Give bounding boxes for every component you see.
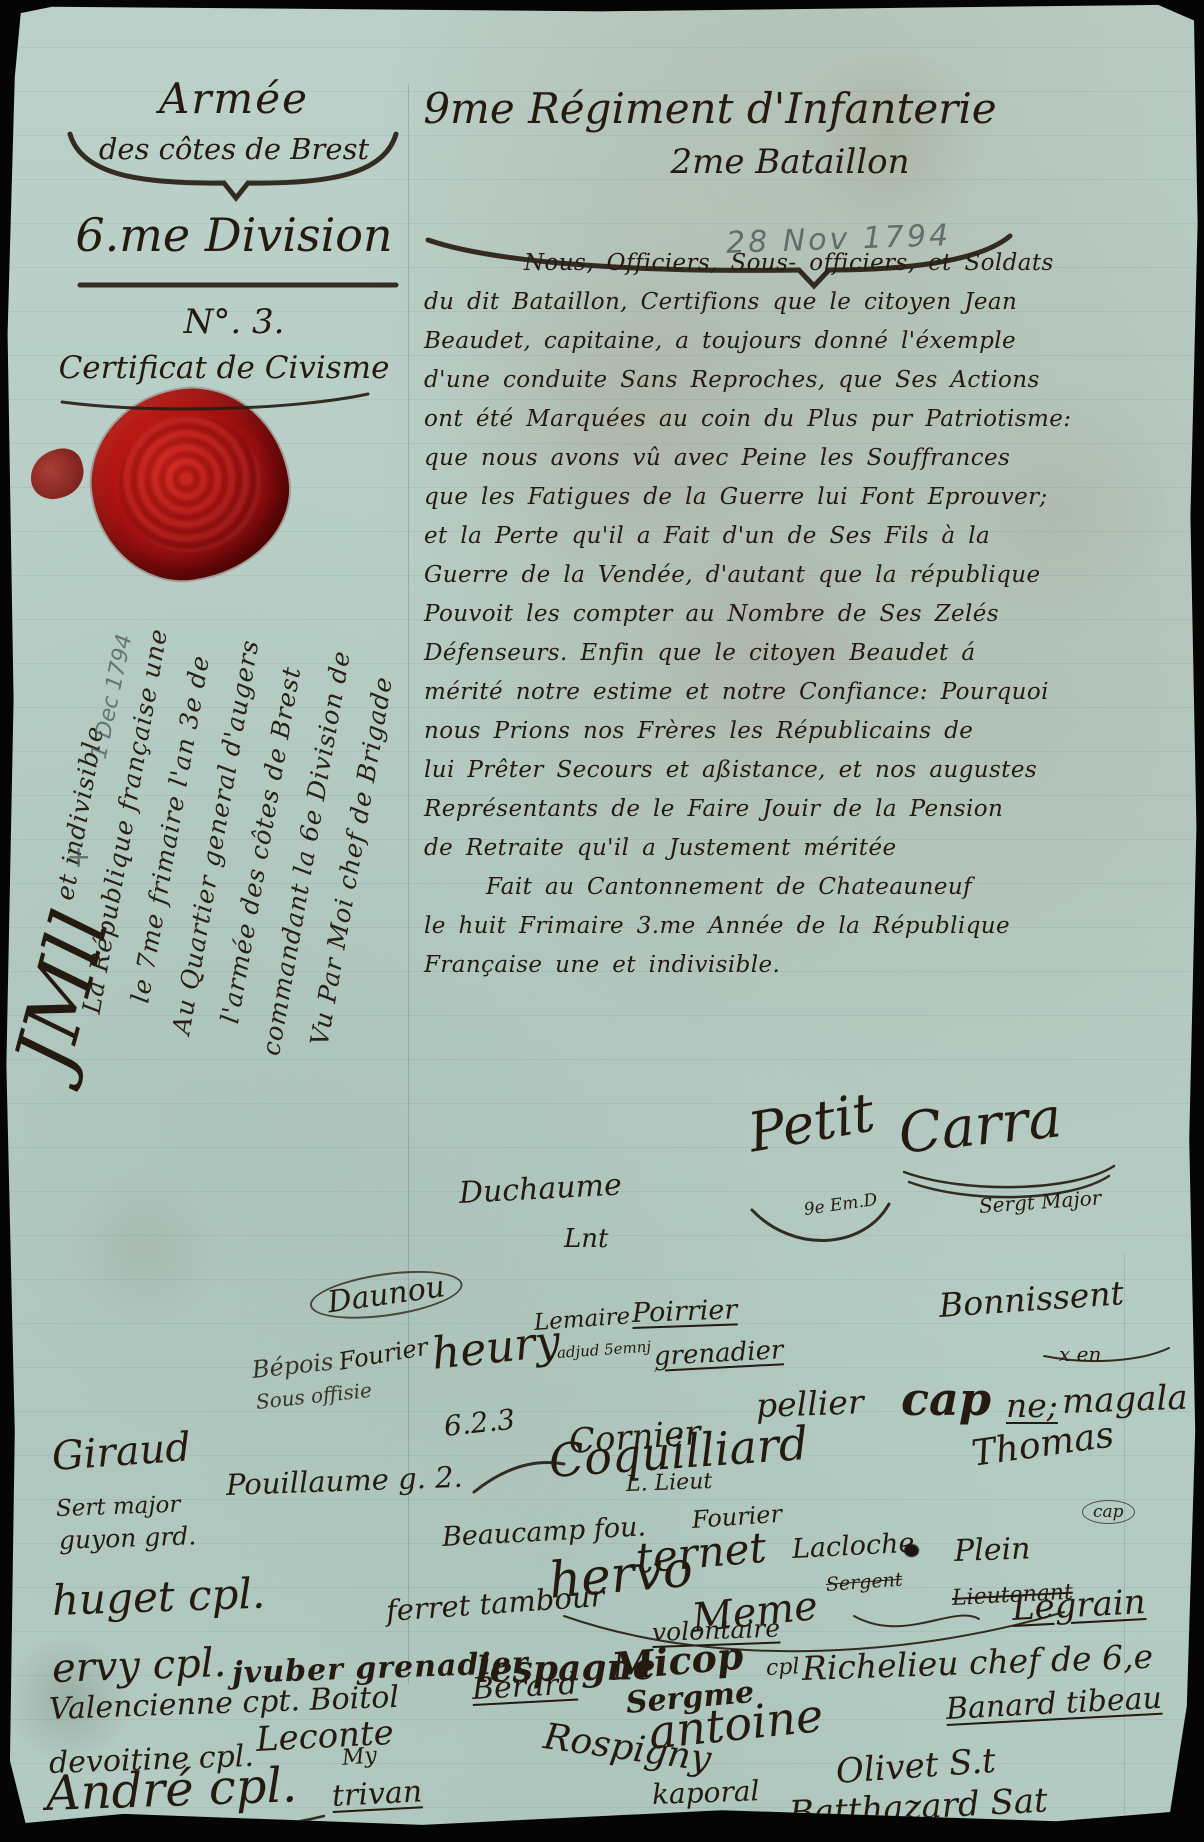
signature-huget: huget cpl.	[51, 1569, 266, 1625]
signature-banard: Banard tibeau	[945, 1681, 1163, 1727]
army-subtitle: des côtes de Brest	[64, 132, 404, 166]
body-line: Beaudet, capitaine, a toujours donné l'é…	[424, 328, 1016, 367]
document-number: N°. 3.	[64, 302, 404, 342]
body-line: lui Prêter Secours et aßistance, et nos …	[424, 757, 1016, 796]
body-line: d'une conduite Sans Reproches, que Ses A…	[424, 367, 1016, 406]
body-line: nous Prions nos Frères les Républicains …	[424, 718, 1016, 757]
signature-trivan: trivan	[331, 1774, 423, 1814]
signature-poirrier: Poirrier	[631, 1294, 737, 1329]
signature-daunou: Daunou	[307, 1263, 465, 1327]
body-line: que nous avons vû avec Peine les Souffra…	[424, 445, 1016, 484]
wax-smudge	[25, 444, 90, 504]
signature-meme: Meme	[690, 1583, 820, 1642]
signature-trivan-flourish: My	[341, 1743, 378, 1771]
signature-richelieu: Richelieu chef de 6,e	[801, 1637, 1153, 1688]
certificate-body: Nous, Officiers, Sous- officiers, et Sol…	[424, 250, 1016, 991]
battalion-title: 2me Bataillon	[484, 142, 1096, 182]
body-line: de Retraite qu'il a Justement méritée	[424, 835, 1016, 874]
legrain-lead-flourish	[854, 1616, 979, 1627]
scanned-document-page: Armée des côtes de Brest 6.me Division N…	[0, 0, 1204, 1842]
signature-heury-role: adjud 5emnj	[556, 1337, 651, 1362]
signature-pouillaume: Pouillaume g. 2.	[225, 1460, 463, 1502]
body-line: ont été Marquées au coin du Plus pur Pat…	[424, 406, 1016, 445]
signature-plein: Plein	[953, 1531, 1031, 1569]
signature-thomas-role: cap	[1082, 1500, 1135, 1524]
body-line: Pouvoit les compter au Nombre de Ses Zel…	[424, 601, 1016, 640]
signature-heury: heury	[429, 1316, 562, 1380]
signature-hervo: hervo	[546, 1540, 695, 1610]
signature-ervy: ervy cpl.	[51, 1640, 227, 1692]
body-line: mérité notre estime et notre Confiance: …	[424, 679, 1016, 718]
signature-petit: Petit	[744, 1081, 880, 1165]
signature-berard: Berard	[471, 1666, 578, 1706]
army-title: Armée	[64, 74, 404, 123]
signature-duchaume: Duchaume	[458, 1167, 623, 1210]
signature-pellier-suffix: ne;	[1006, 1386, 1058, 1425]
signature-batthazard: Batthazard Sat	[788, 1780, 1049, 1833]
body-line: Représentants de le Faire Jouir de la Pe…	[424, 796, 1016, 835]
signature-legrain: Legrain	[1011, 1582, 1147, 1629]
signature-carra-role: Sergt Major	[978, 1185, 1102, 1217]
column-fold-line	[408, 84, 409, 1684]
signature-thomas: Thomas	[969, 1414, 1116, 1474]
body-line: du dit Bataillon, Certifions que le cito…	[424, 289, 1016, 328]
paper-sheet: Armée des côtes de Brest 6.me Division N…	[4, 4, 1200, 1834]
signature-poirrier-role: grenadier	[653, 1335, 784, 1372]
body-line: que les Fatigues de la Guerre lui Font E…	[424, 484, 1016, 523]
signature-bepois: Bépois	[251, 1348, 335, 1384]
signature-guyon: guyon grd.	[58, 1521, 196, 1555]
signature-giraud-role: Sert major	[56, 1492, 181, 1522]
signature-pellier-rank: cap	[901, 1372, 991, 1426]
signature-andre: André cpl.	[45, 1757, 298, 1822]
signature-rospigny-role: kaporal	[651, 1774, 760, 1811]
body-line: Défenseurs. Enfin que le citoyen Beaudet…	[424, 640, 1016, 679]
signature-bonnissent-role: x en	[1059, 1342, 1101, 1366]
signature-cornier-role: L. Lieut	[626, 1469, 713, 1497]
signature-duchaume-role: Lnt	[564, 1224, 608, 1254]
body-line: le huit Frimaire 3.me Année de la Républ…	[424, 913, 1016, 952]
regiment-title: 9me Régiment d'Infanterie	[404, 84, 1016, 133]
document-title: Certificat de Civisme	[54, 350, 394, 386]
body-line: Française une et indivisible.	[424, 952, 1016, 991]
pencil-plus-mark: +	[66, 840, 91, 875]
signature-lacloche-role: Sergent	[825, 1569, 903, 1596]
stain	[774, 54, 1004, 224]
body-line: Guerre de la Vendée, d'autant que la rép…	[424, 562, 1016, 601]
ink-blot	[904, 1544, 919, 1557]
signature-heury-paraph: 6.2.3	[442, 1403, 516, 1443]
signature-daunou-role: Fourier	[337, 1333, 431, 1376]
body-line: Nous, Officiers, Sous- officiers, et Sol…	[424, 250, 1016, 289]
signature-meme-role: cpl	[765, 1654, 800, 1681]
body-line: Fait au Cantonnement de Chateauneuf	[424, 874, 1016, 913]
andre-tail-flourish	[164, 1816, 324, 1827]
signature-petit-role: 9e Em.D	[803, 1190, 879, 1220]
signature-bonnissent: Bonnissent	[938, 1273, 1125, 1325]
signature-carra: Carra	[896, 1085, 1065, 1167]
signature-lacloche: Lacloche	[791, 1528, 915, 1565]
right-margin-line	[1124, 1254, 1125, 1814]
signature-giraud: Giraud	[50, 1424, 192, 1480]
division-title: 6.me Division	[64, 208, 404, 262]
body-line: et la Perte qu'il a Fait d'un de Ses Fil…	[424, 523, 1016, 562]
signature-bepois-role: Sous offisie	[255, 1378, 373, 1414]
signature-magala: magala	[1061, 1378, 1188, 1422]
